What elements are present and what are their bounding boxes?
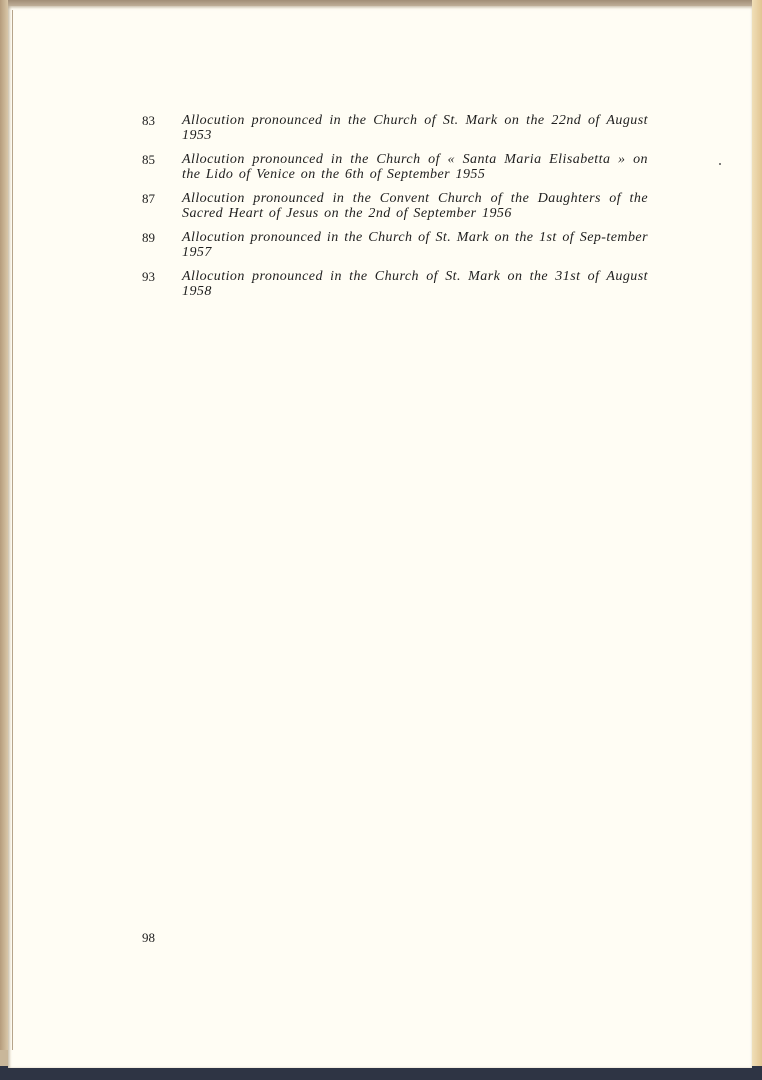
entry-title: Allocution pronounced in the Church of S…: [182, 113, 648, 143]
entry-page-number: 93: [142, 269, 182, 299]
page-gutter-line: [12, 10, 13, 1050]
entry-page-number: 87: [142, 191, 182, 221]
index-entry: 83 Allocution pronounced in the Church o…: [142, 113, 648, 143]
entry-title: Allocution pronounced in the Church of S…: [182, 269, 648, 299]
scanner-background: [0, 1066, 762, 1080]
entry-title: Allocution pronounced in the Convent Chu…: [182, 191, 648, 221]
index-entry: 85 Allocution pronounced in the Church o…: [142, 152, 648, 182]
index-entry: 93 Allocution pronounced in the Church o…: [142, 269, 648, 299]
book-cover-edge-left: [0, 0, 8, 1050]
entry-page-number: 89: [142, 230, 182, 260]
paper-speck: [719, 163, 721, 165]
book-cover-edge-right: [752, 0, 762, 1070]
page-number-folio: 98: [142, 930, 155, 946]
entry-title: Allocution pronounced in the Church of «…: [182, 152, 648, 182]
index-entry: 89 Allocution pronounced in the Church o…: [142, 230, 648, 260]
index-entry-list: 83 Allocution pronounced in the Church o…: [142, 113, 648, 308]
entry-title: Allocution pronounced in the Church of S…: [182, 230, 648, 260]
index-entry: 87 Allocution pronounced in the Convent …: [142, 191, 648, 221]
entry-page-number: 85: [142, 152, 182, 182]
entry-page-number: 83: [142, 113, 182, 143]
